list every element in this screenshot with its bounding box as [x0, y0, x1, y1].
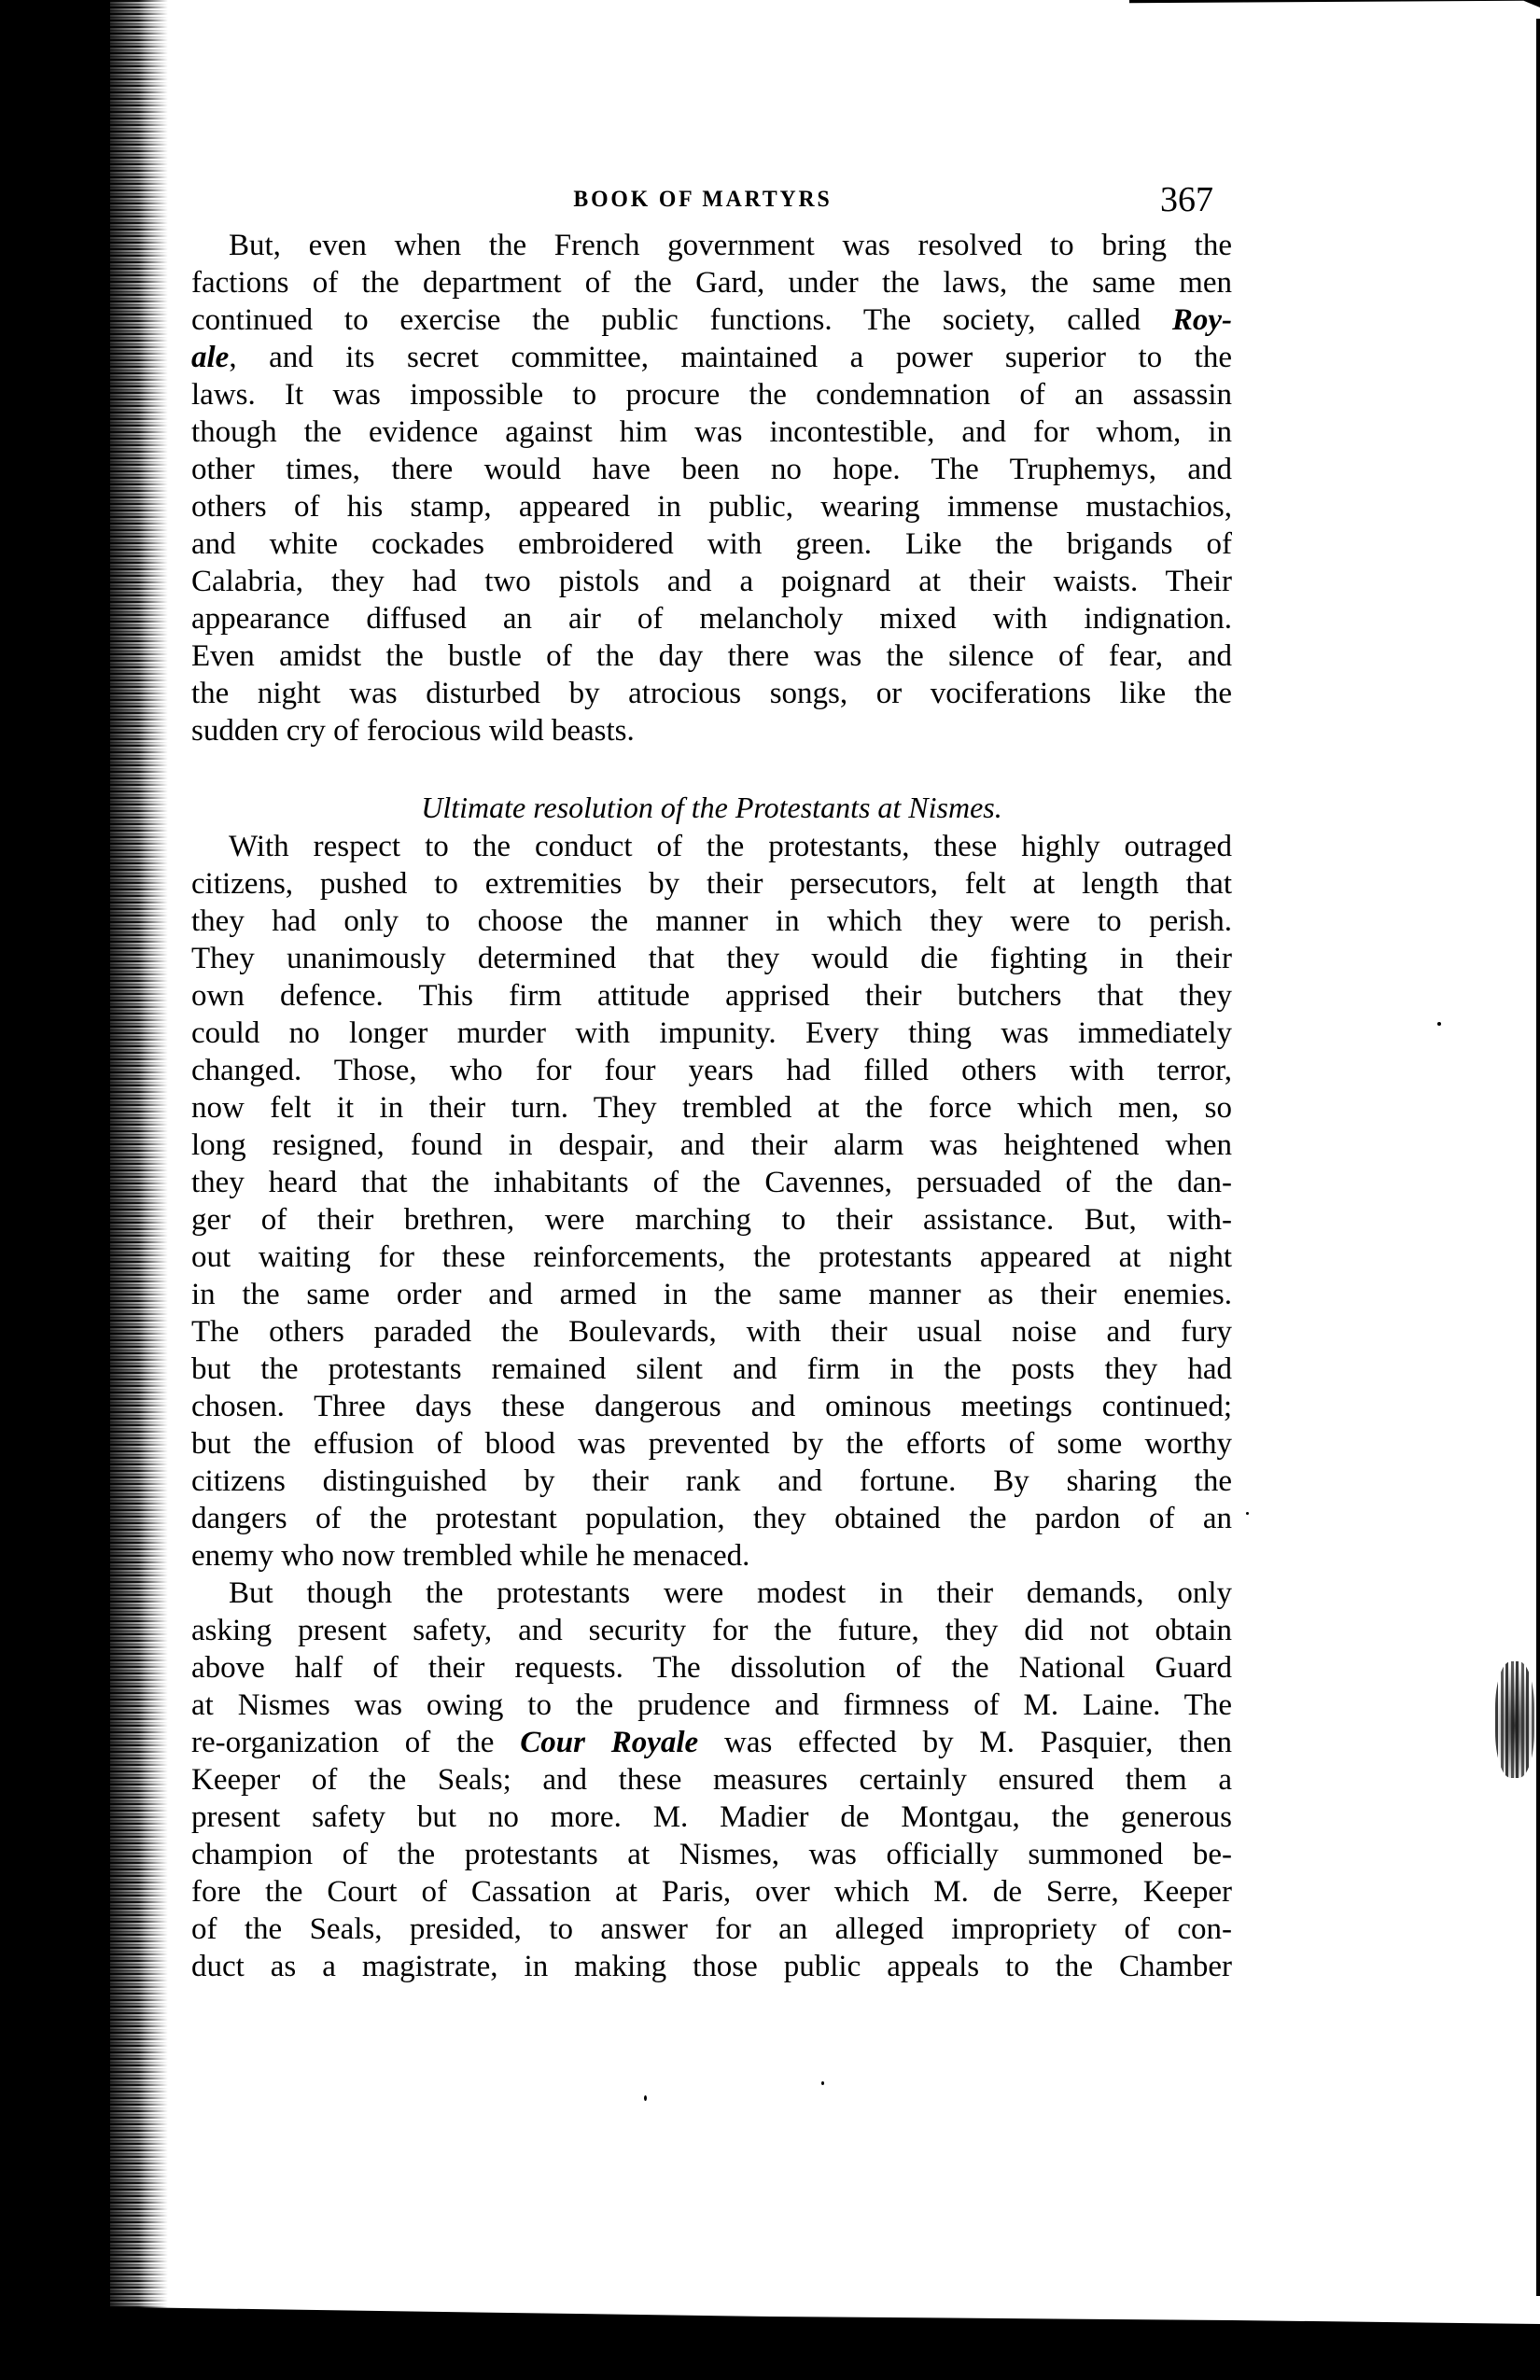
text-line: But though the protestants were modest i… [191, 1575, 1232, 1612]
text-run: continued to exercise the public functio… [191, 303, 1172, 337]
text-run: , and its secret committee, maintained a… [229, 341, 1232, 374]
italic-run: Cour Royale [520, 1726, 698, 1759]
text-line: The others paraded the Boulevards, with … [191, 1313, 1232, 1351]
text-line: ger of their brethren, were marching to … [191, 1201, 1232, 1239]
page-number: 367 [1160, 179, 1213, 220]
text-line: sudden cry of ferocious wild beasts. [191, 712, 1232, 749]
paragraph-2: With respect to the conduct of the prote… [191, 828, 1232, 1575]
text-line: duct as a magistrate, in making those pu… [191, 1948, 1232, 1985]
ink-speck [1246, 1512, 1249, 1515]
paragraph-1: But, even when the French government was… [191, 227, 1232, 749]
text-line: above half of their requests. The dissol… [191, 1649, 1232, 1687]
text-line: citizens, pushed to extremities by their… [191, 865, 1232, 903]
text-line: they had only to choose the manner in wh… [191, 903, 1232, 940]
paragraph-3: But though the protestants were modest i… [191, 1575, 1232, 1985]
running-head-title: BOOK OF MARTYRS [570, 187, 836, 213]
text-line: present safety but no more. M. Madier de… [191, 1799, 1232, 1836]
scan-right-edge [1536, 19, 1540, 2296]
text-line: the night was disturbed by atrocious son… [191, 675, 1232, 712]
italic-run: ale [191, 341, 229, 374]
page-body: But, even when the French government was… [191, 227, 1232, 1985]
text-line: though the evidence against him was inco… [191, 413, 1232, 451]
text-line: chosen. Three days these dangerous and o… [191, 1388, 1232, 1425]
text-run: was effected by M. Pasquier, then [698, 1726, 1232, 1759]
section-heading: Ultimate resolution of the Protestants a… [191, 789, 1232, 826]
ink-speck [821, 2081, 824, 2085]
text-line: out waiting for these reinforcements, th… [191, 1239, 1232, 1276]
text-line: fore the Court of Cassation at Paris, ov… [191, 1873, 1232, 1911]
scan-binding-edge [103, 0, 168, 2380]
text-line: They unanimously determined that they wo… [191, 940, 1232, 977]
text-line: long resigned, found in despair, and the… [191, 1127, 1232, 1164]
text-line: at Nismes was owing to the prudence and … [191, 1687, 1232, 1724]
text-line: could no longer murder with impunity. Ev… [191, 1015, 1232, 1052]
text-line: But, even when the French government was… [191, 227, 1232, 264]
text-line: factions of the department of the Gard, … [191, 264, 1232, 301]
text-line: in the same order and armed in the same … [191, 1276, 1232, 1313]
text-line: own defence. This firm attitude apprised… [191, 977, 1232, 1015]
text-line: enemy who now trembled while he menaced. [191, 1537, 1232, 1575]
italic-run: Roy- [1172, 303, 1232, 337]
text-line: citizens distinguished by their rank and… [191, 1463, 1232, 1500]
text-line: asking present safety, and security for … [191, 1612, 1232, 1649]
text-line: but the effusion of blood was prevented … [191, 1425, 1232, 1463]
text-line: dangers of the protestant population, th… [191, 1500, 1232, 1537]
text-line: of the Seals, presided, to answer for an… [191, 1911, 1232, 1948]
scan-binding-shadow [0, 0, 110, 2380]
text-line: other times, there would have been no ho… [191, 451, 1232, 488]
text-line: Keeper of the Seals; and these measures … [191, 1761, 1232, 1799]
scan-bottom-shadow [0, 2305, 1540, 2380]
scan-top-edge [1129, 0, 1540, 7]
text-line: ale, and its secret committee, maintaine… [191, 339, 1232, 376]
text-line: but the protestants remained silent and … [191, 1351, 1232, 1388]
text-line: others of his stamp, appeared in public,… [191, 488, 1232, 525]
ink-speck [1437, 1022, 1441, 1026]
text-line: champion of the protestants at Nismes, w… [191, 1836, 1232, 1873]
text-line: appearance diffused an air of melancholy… [191, 600, 1232, 637]
text-line: changed. Those, who for four years had f… [191, 1052, 1232, 1089]
text-line: With respect to the conduct of the prote… [191, 828, 1232, 865]
ink-speck [644, 2095, 647, 2101]
text-line: and white cockades embroidered with gree… [191, 525, 1232, 563]
text-line: they heard that the inhabitants of the C… [191, 1164, 1232, 1201]
text-line: Calabria, they had two pistols and a poi… [191, 563, 1232, 600]
ink-smudge [1495, 1661, 1534, 1778]
text-line: now felt it in their turn. They trembled… [191, 1089, 1232, 1127]
text-line: Even amidst the bustle of the day there … [191, 637, 1232, 675]
text-run: re-organization of the [191, 1726, 520, 1759]
running-head: BOOK OF MARTYRS 367 [191, 183, 1232, 215]
text-line: re-organization of the Cour Royale was e… [191, 1724, 1232, 1761]
text-line: continued to exercise the public functio… [191, 301, 1232, 339]
text-line: laws. It was impossible to procure the c… [191, 376, 1232, 413]
